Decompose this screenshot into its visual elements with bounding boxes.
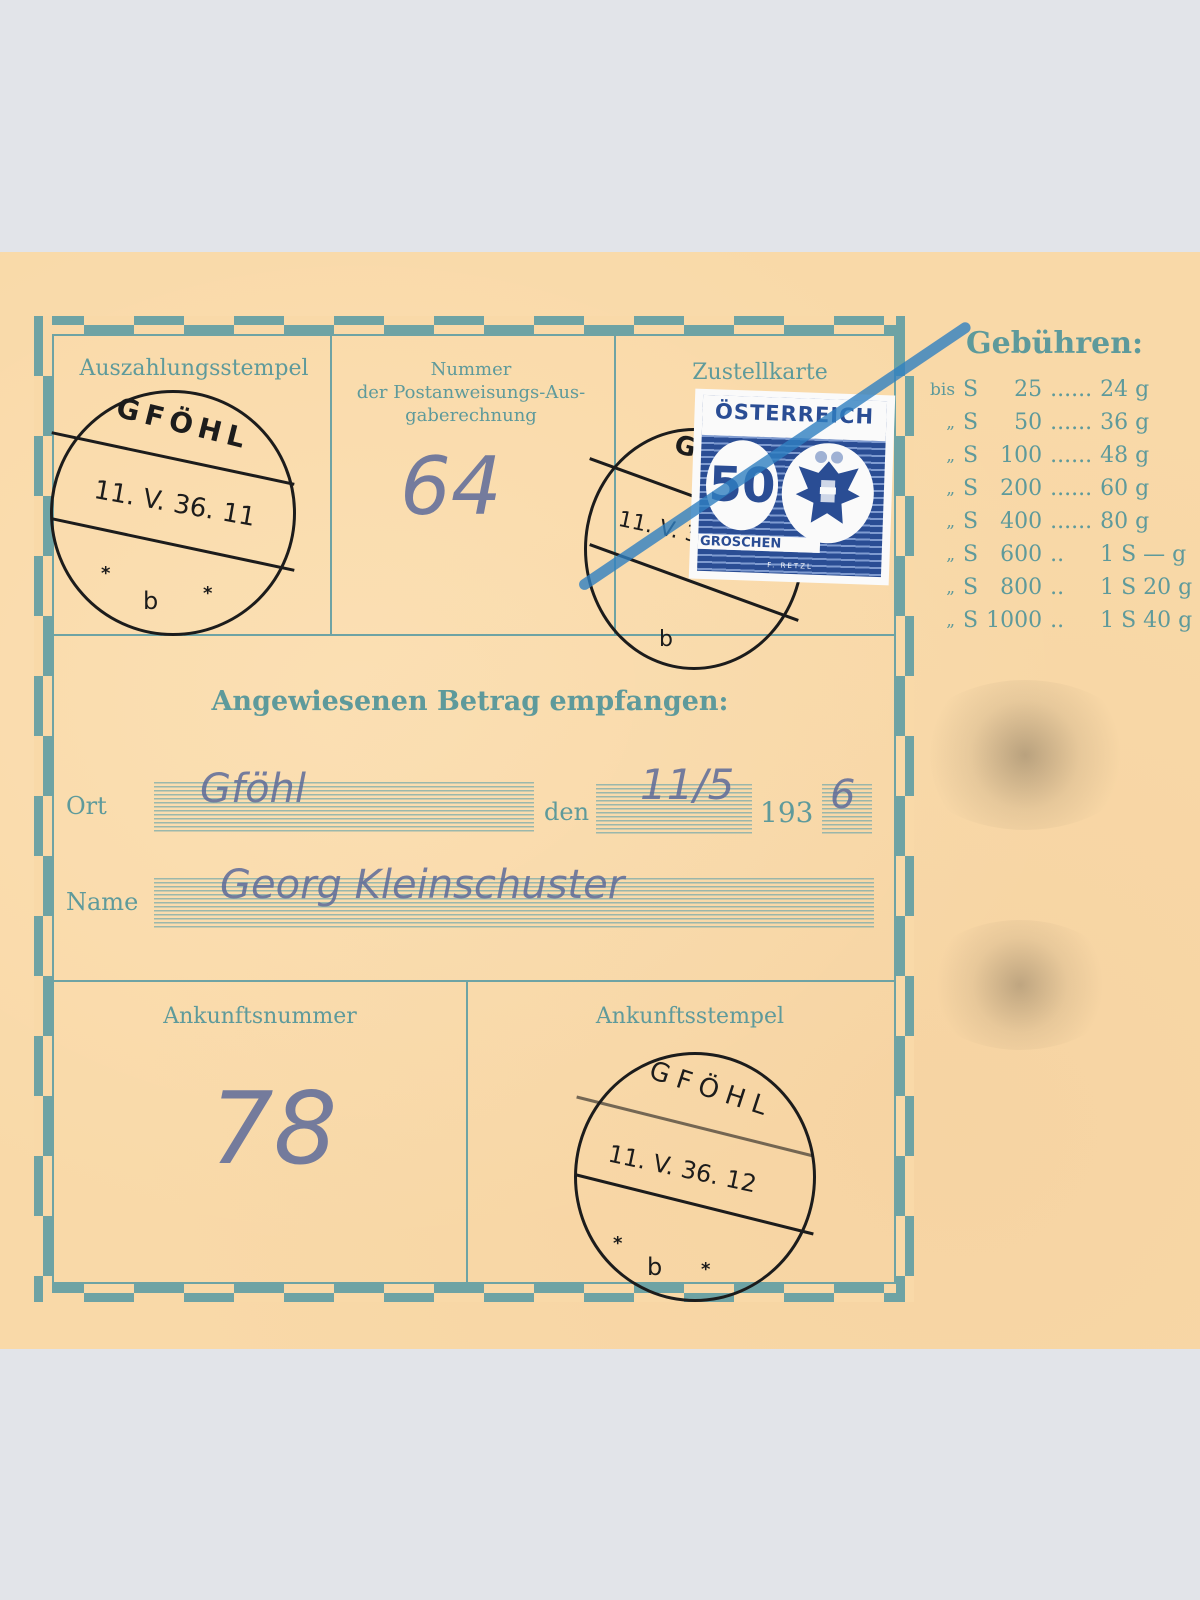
fee-fee: 60 g [1096, 472, 1196, 505]
divider [466, 980, 468, 1284]
postmark-band [51, 431, 294, 485]
fee-fee: 1 S 40 g [1096, 604, 1196, 637]
postmark-code: b [647, 1253, 662, 1281]
fees-rows: bisS25......24 g„S50......36 g„S100.....… [926, 373, 1196, 637]
fee-row: „S50......36 g [926, 406, 1196, 439]
fees-table: Gebühren: bisS25......24 g„S50......36 g… [926, 326, 1196, 637]
arrival-number-value: 78 [210, 1070, 337, 1187]
ink-offset-smudge [910, 680, 1140, 830]
left-border [34, 316, 52, 1302]
fee-currency: S [959, 538, 982, 571]
fee-row: „S1000..1 S 40 g [926, 604, 1196, 637]
fee-fee: 1 S — g [1096, 538, 1196, 571]
postmark-code: b [143, 587, 158, 615]
fee-sep: .. [1046, 538, 1096, 571]
name-label: Name [66, 888, 138, 916]
fee-row: „S200......60 g [926, 472, 1196, 505]
star-icon: * [101, 563, 110, 584]
fee-sep: .. [1046, 604, 1096, 637]
ink-offset-smudge [920, 920, 1120, 1050]
fee-prefix: „ [926, 505, 959, 538]
fee-fee: 48 g [1096, 439, 1196, 472]
number-label-line3: gaberechnung [336, 404, 606, 427]
number-label-line2: der Postanweisungs-Aus- [336, 381, 606, 404]
fee-sep: ...... [1046, 373, 1096, 406]
fee-sep: .. [1046, 571, 1096, 604]
fee-prefix: „ [926, 604, 959, 637]
divider [330, 334, 332, 636]
number-label: Nummer der Postanweisungs-Aus- gaberechn… [336, 358, 606, 427]
received-title: Angewiesenen Betrag empfangen: [150, 686, 790, 717]
fee-sep: ...... [1046, 406, 1096, 439]
fee-prefix: „ [926, 439, 959, 472]
place-value: Gföhl [200, 766, 306, 812]
fee-currency: S [959, 505, 982, 538]
fee-prefix: „ [926, 538, 959, 571]
top-border [34, 316, 914, 334]
place-label: Ort [66, 792, 107, 820]
star-icon: * [701, 1259, 710, 1280]
fee-row: „S600..1 S — g [926, 538, 1196, 571]
fee-row: „S100......48 g [926, 439, 1196, 472]
divider [52, 980, 896, 982]
arrival-number-label: Ankunftsnummer [140, 1004, 380, 1029]
fee-amount: 50 [982, 406, 1046, 439]
fee-currency: S [959, 406, 982, 439]
fee-fee: 24 g [1096, 373, 1196, 406]
fee-currency: S [959, 439, 982, 472]
fee-prefix: „ [926, 571, 959, 604]
star-icon: * [203, 583, 212, 604]
name-value: Georg Kleinschuster [220, 862, 624, 908]
postmark-date: 11. V. 36. 11 [92, 475, 258, 533]
postmark-code: b [659, 627, 673, 652]
fee-prefix: „ [926, 472, 959, 505]
year-value: 6 [830, 772, 855, 818]
fee-row: „S800..1 S 20 g [926, 571, 1196, 604]
right-border [896, 316, 914, 1302]
fee-amount: 400 [982, 505, 1046, 538]
fee-amount: 200 [982, 472, 1046, 505]
eagle-icon [780, 442, 875, 545]
fee-amount: 100 [982, 439, 1046, 472]
bottom-border [34, 1284, 914, 1302]
number-label-line1: Nummer [336, 358, 606, 381]
fee-sep: ...... [1046, 505, 1096, 538]
fee-fee: 36 g [1096, 406, 1196, 439]
fee-amount: 800 [982, 571, 1046, 604]
stamp-designer: F. RETZL [767, 561, 813, 571]
star-icon: * [613, 1233, 622, 1254]
fee-sep: ...... [1046, 472, 1096, 505]
fee-currency: S [959, 571, 982, 604]
fee-row: bisS25......24 g [926, 373, 1196, 406]
fee-amount: 600 [982, 538, 1046, 571]
handwritten-number: 64 [400, 440, 502, 533]
year-prefix: 193 [760, 796, 813, 829]
fees-title: Gebühren: [966, 326, 1196, 361]
fee-amount: 1000 [982, 604, 1046, 637]
date-label: den [544, 798, 589, 826]
fee-prefix: bis [926, 373, 959, 406]
fee-row: „S400......80 g [926, 505, 1196, 538]
fee-fee: 1 S 20 g [1096, 571, 1196, 604]
stamp-unit: GROSCHEN [698, 534, 820, 553]
payment-stamp-label: Auszahlungsstempel [64, 356, 324, 381]
fee-currency: S [959, 472, 982, 505]
date-value: 11/5 [640, 760, 734, 809]
fee-currency: S [959, 373, 982, 406]
postmark: GFÖHL 11. V. 36. 11 b * * [50, 390, 296, 636]
postmark: GFÖHL 11. V. 36. 12 b * * [574, 1052, 816, 1302]
fee-prefix: „ [926, 406, 959, 439]
fee-amount: 25 [982, 373, 1046, 406]
fee-sep: ...... [1046, 439, 1096, 472]
fee-currency: S [959, 604, 982, 637]
arrival-stamp-label: Ankunftsstempel [570, 1004, 810, 1029]
postmark-band [51, 517, 294, 571]
fee-fee: 80 g [1096, 505, 1196, 538]
delivery-card-label: Zustellkarte [640, 360, 880, 385]
